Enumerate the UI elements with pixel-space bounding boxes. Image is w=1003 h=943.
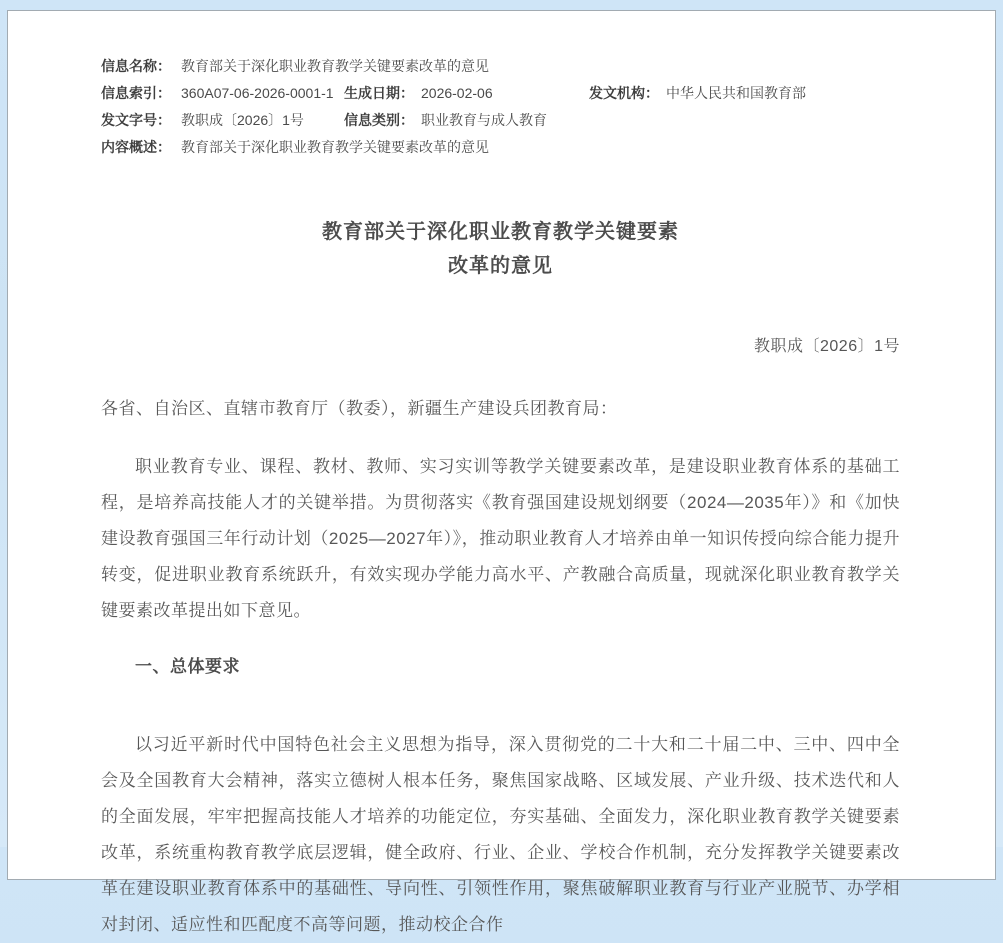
summary-value: 教育部关于深化职业教育教学关键要素改革的意见 <box>181 137 489 157</box>
summary-label: 内容概述： <box>101 137 181 157</box>
document-title-line1: 教育部关于深化职业教育教学关键要素 <box>322 221 679 243</box>
info-index-label: 信息索引： <box>101 83 181 103</box>
issuing-org-label: 发文机构： <box>589 83 666 103</box>
info-name-label: 信息名称： <box>101 56 181 76</box>
generate-date-value: 2026-02-06 <box>421 83 589 103</box>
document-metadata: 信息名称： 教育部关于深化职业教育教学关键要素改革的意见 信息索引： 360A0… <box>101 56 900 157</box>
document-body: 教育部关于深化职业教育教学关键要素 改革的意见 教职成〔2026〕1号 各省、自… <box>101 215 900 847</box>
salutation: 各省、自治区、直辖市教育厅（教委），新疆生产建设兵团教育局： <box>101 394 900 419</box>
info-category-value: 职业教育与成人教育 <box>421 110 547 130</box>
section-heading-1: 一、总体要求 <box>101 649 900 685</box>
meta-row-docnum-category: 发文字号： 教职成〔2026〕1号 信息类别： 职业教育与成人教育 <box>101 110 900 130</box>
paragraph-section-1: 以习近平新时代中国特色社会主义思想为指导，深入贯彻党的二十大和二十届二中、三中、… <box>101 727 900 847</box>
info-name-value: 教育部关于深化职业教育教学关键要素改革的意见 <box>181 56 489 76</box>
meta-row-summary: 内容概述： 教育部关于深化职业教育教学关键要素改革的意见 <box>101 137 900 157</box>
paragraph-intro: 职业教育专业、课程、教材、教师、实习实训等教学关键要素改革，是建设职业教育体系的… <box>101 449 900 629</box>
issuing-org-value: 中华人民共和国教育部 <box>666 83 806 103</box>
document-panel: 信息名称： 教育部关于深化职业教育教学关键要素改革的意见 信息索引： 360A0… <box>7 10 996 847</box>
document-content: 信息名称： 教育部关于深化职业教育教学关键要素改革的意见 信息索引： 360A0… <box>101 56 900 847</box>
info-index-value: 360A07-06-2026-0001-1 <box>181 83 344 103</box>
doc-number-label: 发文字号： <box>101 110 181 130</box>
meta-row-info-name: 信息名称： 教育部关于深化职业教育教学关键要素改革的意见 <box>101 56 900 76</box>
document-title-line2: 改革的意见 <box>448 255 553 277</box>
document-number: 教职成〔2026〕1号 <box>101 333 900 356</box>
document-title: 教育部关于深化职业教育教学关键要素 改革的意见 <box>101 215 900 283</box>
meta-row-index-date-org: 信息索引： 360A07-06-2026-0001-1 生成日期： 2026-0… <box>101 83 900 103</box>
doc-number-value: 教职成〔2026〕1号 <box>181 110 344 130</box>
generate-date-label: 生成日期： <box>344 83 421 103</box>
info-category-label: 信息类别： <box>344 110 421 130</box>
